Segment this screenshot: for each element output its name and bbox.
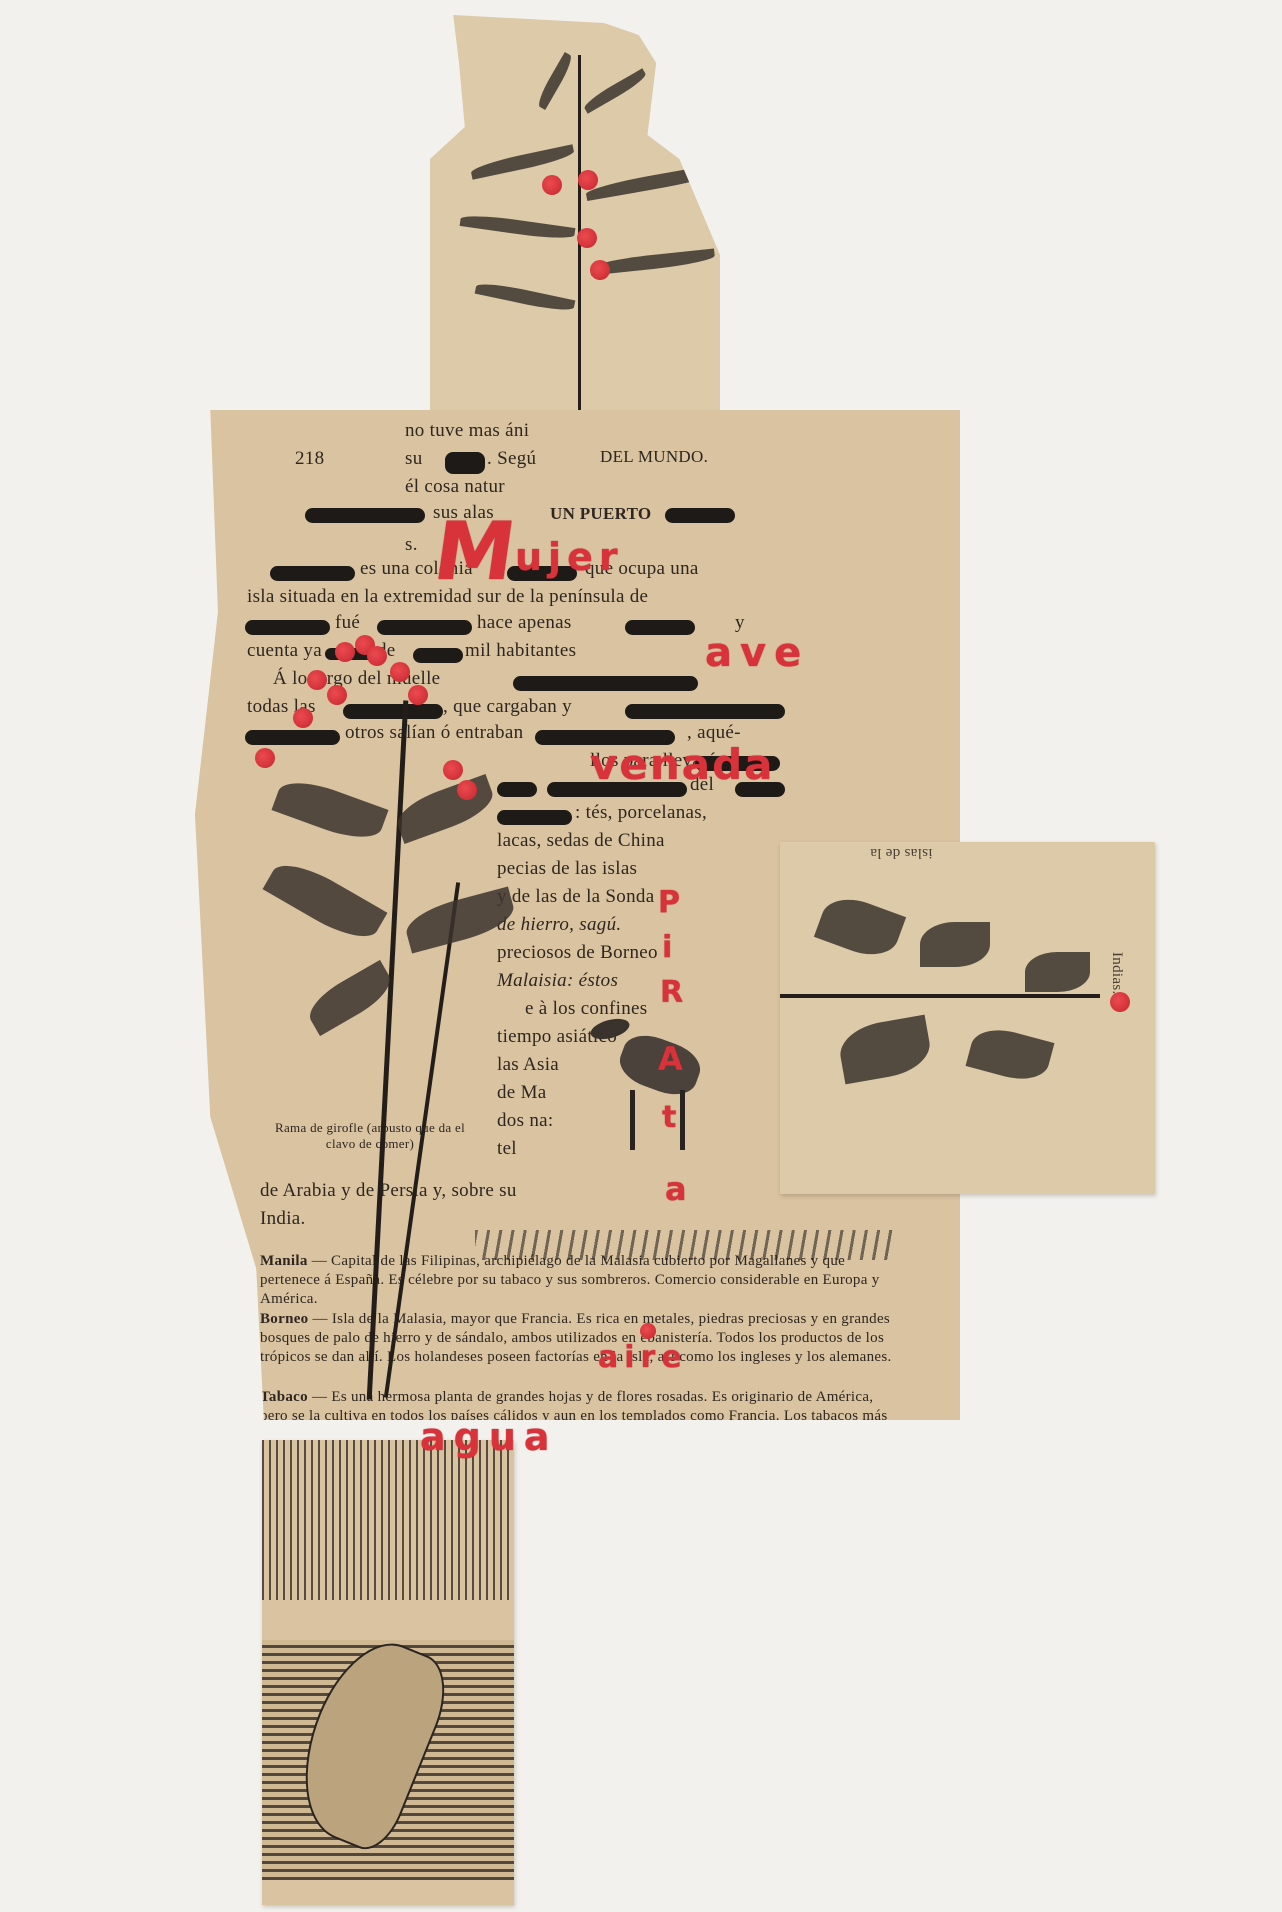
embroidered-letter-r: R	[660, 975, 683, 1010]
embroidered-word-aire: aire	[598, 1340, 688, 1375]
running-header: DEL MUNDO.	[600, 447, 708, 467]
text-line: su	[405, 448, 423, 470]
landscape-illustration	[475, 1230, 895, 1260]
embroidered-word-mujer-rest: ujer	[515, 535, 624, 579]
text-line: . Segú	[487, 448, 536, 470]
embroidered-knot	[367, 646, 387, 666]
embroidered-knot	[578, 170, 598, 190]
text-line: : tés, porcelanas,	[575, 802, 707, 824]
embroidered-letter-t: t	[662, 1100, 676, 1135]
embroidered-letter-m: M	[428, 505, 521, 598]
deer-illustration	[580, 1000, 740, 1160]
embroidered-knot	[327, 685, 347, 705]
redaction	[665, 508, 735, 523]
bottom-paper-fragment	[262, 1440, 514, 1905]
redaction	[625, 704, 785, 719]
embroidered-knot	[577, 228, 597, 248]
embroidered-knot	[293, 708, 313, 728]
embroidered-word-agua: agua	[420, 1415, 558, 1459]
embroidered-knot	[542, 175, 562, 195]
cotton-branch-illustration	[780, 842, 1155, 1194]
embroidered-knot	[590, 260, 610, 280]
redaction	[513, 676, 698, 691]
text-line: hace apenas	[477, 612, 572, 634]
embroidered-knot	[1110, 992, 1130, 1012]
text-line: no tuve mas áni	[405, 420, 529, 442]
redaction	[625, 620, 695, 635]
embroidered-letter-a: a	[665, 1170, 687, 1208]
text-line: s.	[405, 534, 418, 556]
redaction	[445, 452, 485, 474]
right-paper-fragment: islas de la Indias.	[780, 842, 1155, 1194]
section-title: UN PUERTO	[550, 504, 651, 524]
clove-branch-illustration	[245, 640, 525, 1420]
embroidered-letter-i: i	[662, 930, 672, 965]
text-line: él cosa natur	[405, 476, 505, 498]
embroidered-word-ave: ave	[705, 630, 809, 676]
redaction	[377, 620, 472, 635]
fern-plant-illustration	[430, 15, 720, 415]
embroidered-knot	[443, 760, 463, 780]
top-paper-fragment	[430, 15, 720, 415]
embroidered-knot	[457, 780, 477, 800]
embroidered-knot	[390, 662, 410, 682]
embroidered-letter-p: P	[658, 885, 680, 920]
heron-bird-illustration	[262, 1440, 514, 1905]
embroidered-knot	[335, 642, 355, 662]
redaction	[245, 620, 330, 635]
redaction	[270, 566, 355, 581]
embroidered-knot	[307, 670, 327, 690]
redaction	[305, 508, 425, 523]
text-line: fué	[335, 612, 360, 634]
embroidered-word-venada: venada	[590, 740, 775, 789]
page-number: 218	[295, 448, 324, 470]
embroidered-knot	[640, 1323, 656, 1339]
embroidered-letter-a: A	[658, 1040, 683, 1078]
embroidered-knot	[408, 685, 428, 705]
embroidered-knot	[255, 748, 275, 768]
